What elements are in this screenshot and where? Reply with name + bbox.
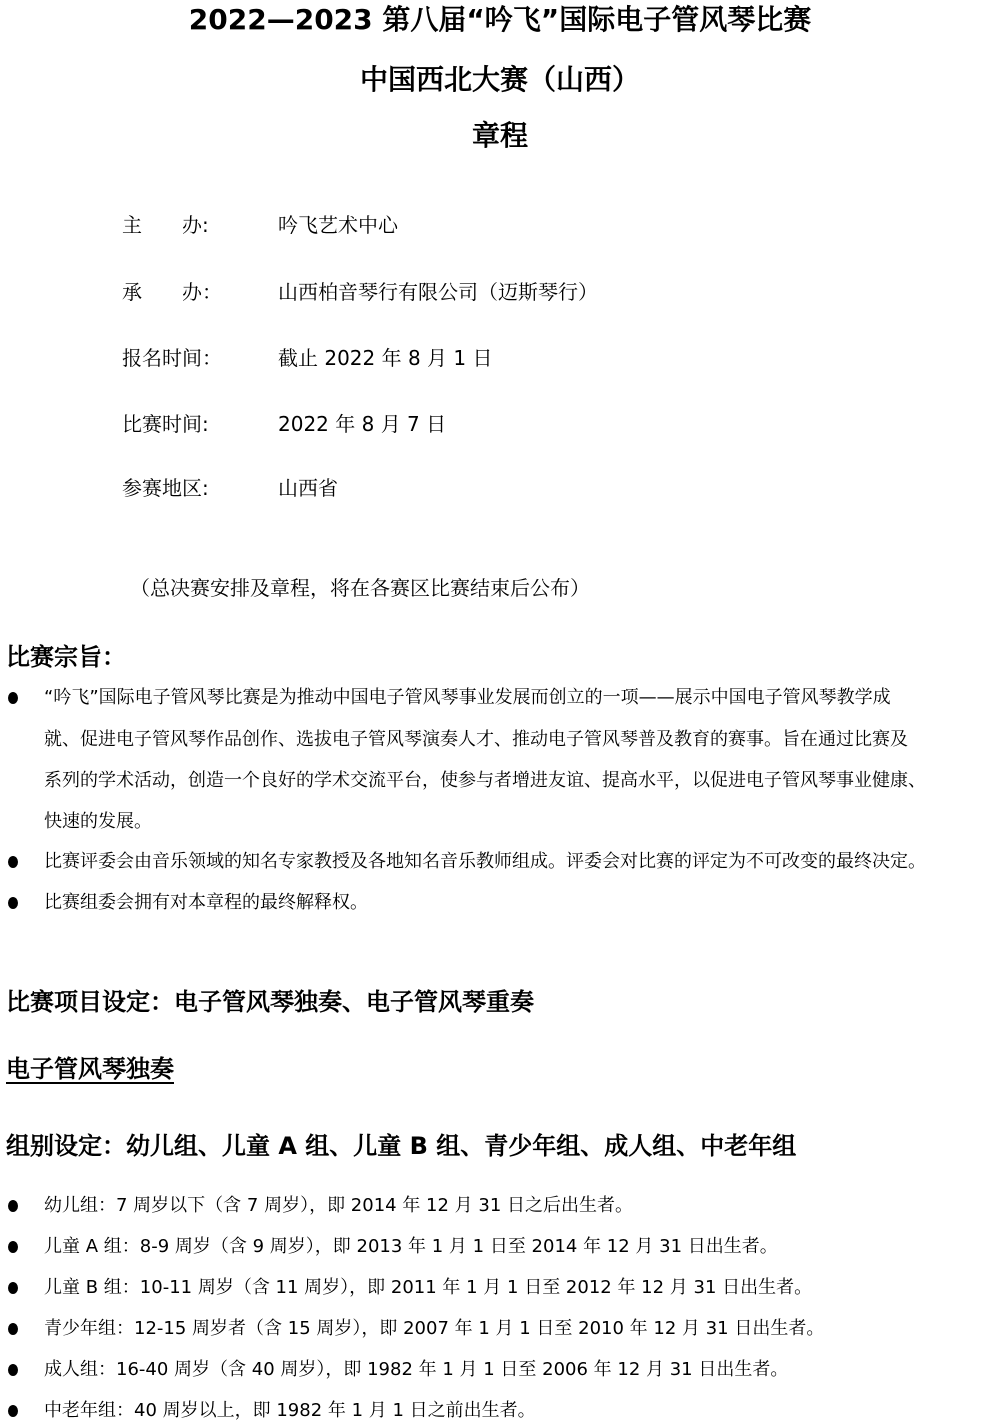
group-item-youth: 青少年组：12-15 周岁者（含 15 周岁），即 2007 年 1 月 1 日… [44, 1317, 824, 1341]
region-value: 山西省 [278, 474, 338, 502]
bullet-icon [8, 1405, 18, 1417]
region-label: 参赛地区: [122, 474, 209, 502]
co-organizer-value: 山西柏音琴行有限公司（迈斯琴行） [278, 278, 598, 306]
document-heading-charter: 章程 [0, 118, 1000, 154]
bullet-icon [8, 1200, 18, 1212]
document-title: 2022—2023 第八届“吟飞”国际电子管风琴比赛 [0, 2, 1000, 38]
competition-date-label: 比赛时间: [122, 410, 209, 438]
organizer-value: 吟飞艺术中心 [278, 211, 398, 239]
bullet-icon [8, 856, 18, 868]
group-item-preschool: 幼儿组：7 周岁以下（含 7 周岁），即 2014 年 12 月 31 日之后出… [44, 1194, 633, 1218]
finals-note: （总决赛安排及章程，将在各赛区比赛结束后公布） [130, 574, 590, 602]
group-item-senior: 中老年组：40 周岁以上，即 1982 年 1 月 1 日之前出生者。 [44, 1399, 536, 1423]
organizer-label: 主 办: [122, 211, 209, 239]
bullet-icon [8, 897, 18, 909]
group-item-children-a: 儿童 A 组：8-9 周岁（含 9 周岁），即 2013 年 1 月 1 日至 … [44, 1235, 778, 1259]
purpose-heading: 比赛宗旨： [6, 641, 126, 673]
purpose-item-2: 比赛评委会由音乐领域的知名专家教授及各地知名音乐教师组成。评委会对比赛的评定为不… [44, 850, 926, 874]
registration-deadline-label: 报名时间： [122, 344, 222, 372]
bullet-icon [8, 1282, 18, 1294]
groups-heading: 组别设定：幼儿组、儿童 A 组、儿童 B 组、青少年组、成人组、中老年组 [6, 1130, 796, 1162]
purpose-item-1-line-1: “吟飞”国际电子管风琴比赛是为推动中国电子管风琴事业发展而创立的一项——展示中国… [44, 686, 891, 710]
document-subtitle: 中国西北大赛（山西） [0, 62, 1000, 98]
bullet-icon [8, 1323, 18, 1335]
purpose-item-1-line-3: 系列的学术活动，创造一个良好的学术交流平台，使参与者增进友谊、提高水平，以促进电… [44, 769, 926, 793]
purpose-item-1-line-4: 快速的发展。 [44, 810, 152, 834]
bullet-icon [8, 1241, 18, 1253]
solo-heading: 电子管风琴独奏 [6, 1053, 174, 1085]
group-item-children-b: 儿童 B 组：10-11 周岁（含 11 周岁），即 2011 年 1 月 1 … [44, 1276, 812, 1300]
events-heading: 比赛项目设定：电子管风琴独奏、电子管风琴重奏 [6, 986, 534, 1018]
competition-date-value: 2022 年 8 月 7 日 [278, 410, 446, 438]
purpose-item-1-line-2: 就、促进电子管风琴作品创作、选拔电子管风琴演奏人才、推动电子管风琴普及教育的赛事… [44, 728, 908, 752]
co-organizer-label: 承 办： [122, 278, 222, 306]
bullet-icon [8, 692, 18, 704]
purpose-item-3: 比赛组委会拥有对本章程的最终解释权。 [44, 891, 368, 915]
group-item-adult: 成人组：16-40 周岁（含 40 周岁），即 1982 年 1 月 1 日至 … [44, 1358, 788, 1382]
bullet-icon [8, 1364, 18, 1376]
registration-deadline-value: 截止 2022 年 8 月 1 日 [278, 344, 493, 372]
